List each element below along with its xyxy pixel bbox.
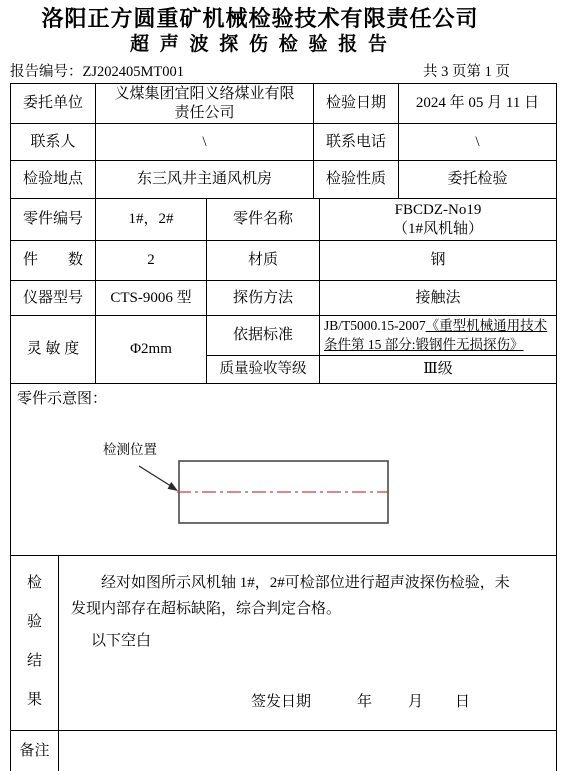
field-value-sensitivity: Φ2mm [96,316,207,384]
table-row: 件 数 2 材质 钢 [11,241,556,281]
page-count: 共 3 页第 1 页 [423,61,510,83]
result-paragraph: 经对如图所示风机轴 1#，2#可检部位进行超声波探伤检验，未发现内部存在超标缺陷… [71,570,523,622]
result-label-char: 验 [27,613,42,632]
field-label-inspect-date: 检验日期 [314,84,399,124]
standard-grade-column: 依据标准 JB/T5000.15-2007《重型机械通用技术条件第 15 部分:… [207,316,556,384]
field-value-inspect-type: 委托检验 [399,161,556,199]
table-row: 备注 [11,731,556,771]
annotation-arrow-head [168,482,178,491]
table-row: 联系人 \ 联系电话 \ [11,124,556,161]
field-label-contact: 联系人 [11,124,96,161]
field-label-sensitivity: 灵 敏 度 [11,316,96,384]
field-label-client: 委托单位 [11,84,96,124]
result-content-cell: 经对如图所示风机轴 1#，2#可检部位进行超声波探伤检验，未发现内部存在超标缺陷… [59,556,556,731]
field-value-instrument-model: CTS-9006 型 [96,281,207,316]
report-number-value: ZJ202405MT001 [83,64,185,80]
field-label-inspect-place: 检验地点 [11,161,96,199]
table-row: 零件编号 1#，2# 零件名称 FBCDZ-No19（1#风机轴） [11,199,556,241]
field-value-contact: \ [96,124,314,161]
table-row: 仪器型号 CTS-9006 型 探伤方法 接触法 [11,281,556,316]
table-subrow: 依据标准 JB/T5000.15-2007《重型机械通用技术条件第 15 部分:… [207,316,556,356]
blank-below-note: 以下空白 [91,632,151,651]
field-label-part-no: 零件编号 [11,199,96,241]
part-schematic-drawing [11,384,556,554]
company-title: 洛阳正方圆重矿机械检验技术有限责任公司 [10,0,510,32]
part-name-line1: FBCDZ-No19 [393,201,483,220]
standard-code: JB/T5000.15-2007 [324,318,426,333]
detection-position-label: 检测位置 [103,442,157,459]
field-label-test-method: 探伤方法 [207,281,320,316]
sign-year-label: 年 [357,693,372,712]
part-name-line2: （1#风机轴） [393,220,483,239]
field-value-client: 义煤集团宜阳义络煤业有限责任公司 [96,84,314,124]
report-title: 超 声 波 探 伤 检 验 报 告 [10,32,510,58]
sign-date-label: 签发日期 [251,693,311,712]
field-label-acceptance-grade: 质量验收等级 [207,356,320,384]
remark-label: 备注 [11,731,59,771]
field-label-instrument-model: 仪器型号 [11,281,96,316]
field-label-contact-phone: 联系电话 [314,124,399,161]
result-section-label: 检 验 结 果 [11,556,59,731]
field-value-inspect-place: 东三风井主通风机房 [96,161,314,199]
sign-date-line: 签发日期 年 月 日 [251,693,470,712]
report-meta-line: 报告编号：ZJ202405MT001 共 3 页第 1 页 [10,61,510,83]
inspection-report-page: { "header": { "company": "洛阳正方圆重矿机械检验技术有… [0,0,566,771]
table-row: 零件示意图： 检测位置 [11,384,556,556]
field-value-contact-phone: \ [399,124,556,161]
field-value-test-method: 接触法 [320,281,556,316]
field-value-material: 钢 [320,241,556,281]
table-row: 检 验 结 果 经对如图所示风机轴 1#，2#可检部位进行超声波探伤检验，未发现… [11,556,556,731]
field-value-part-name: FBCDZ-No19（1#风机轴） [320,199,556,241]
report-number-label: 报告编号： [10,64,83,80]
field-value-acceptance-grade: Ⅲ级 [320,356,556,384]
result-label-char: 检 [27,574,42,593]
report-table: 委托单位 义煤集团宜阳义络煤业有限责任公司 检验日期 2024 年 05 月 1… [10,83,557,771]
field-value-inspect-date: 2024 年 05 月 11 日 [399,84,556,124]
field-value-part-no: 1#，2# [96,199,207,241]
field-label-quantity: 件 数 [11,241,96,281]
table-row: 灵 敏 度 Φ2mm 依据标准 JB/T5000.15-2007《重型机械通用技… [11,316,556,384]
field-label-material: 材质 [207,241,320,281]
table-row: 检验地点 东三风井主通风机房 检验性质 委托检验 [11,161,556,199]
report-header: 洛阳正方圆重矿机械检验技术有限责任公司 超 声 波 探 伤 检 验 报 告 报告… [10,0,510,83]
result-label-char: 果 [27,691,42,710]
field-label-part-name: 零件名称 [207,199,320,241]
annotation-arrow-line [139,466,174,488]
table-row: 委托单位 义煤集团宜阳义络煤业有限责任公司 检验日期 2024 年 05 月 1… [11,84,556,124]
field-label-inspect-type: 检验性质 [314,161,399,199]
table-subrow: 质量验收等级 Ⅲ级 [207,356,556,384]
sign-month-label: 月 [408,693,423,712]
result-label-char: 结 [27,652,42,671]
field-label-standard: 依据标准 [207,316,320,356]
part-schematic-cell: 零件示意图： 检测位置 [11,384,556,556]
field-value-standard: JB/T5000.15-2007《重型机械通用技术条件第 15 部分:锻钢件无损… [320,316,556,356]
remark-value [59,731,556,771]
report-number: 报告编号：ZJ202405MT001 [10,61,184,83]
sign-day-label: 日 [455,693,470,712]
field-value-quantity: 2 [96,241,207,281]
